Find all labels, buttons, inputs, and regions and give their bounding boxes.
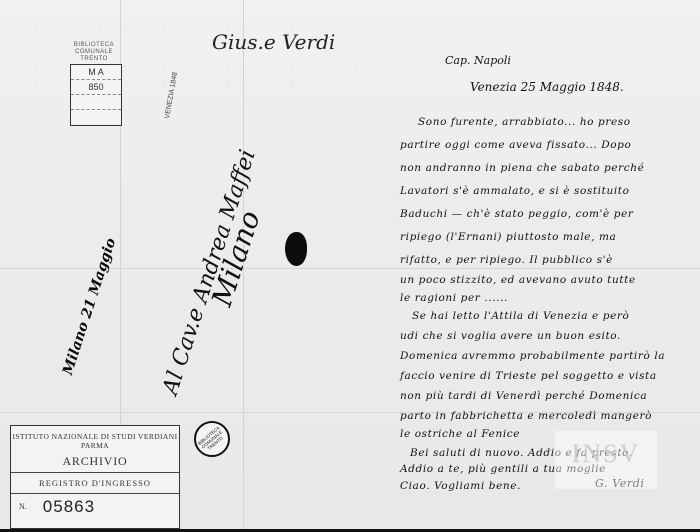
wax-seal-mark (285, 232, 307, 266)
watermark: INSV (555, 431, 657, 489)
letter-line: parto in fabbrichetta e mercoledì manger… (400, 410, 652, 422)
letter-line: non andranno in piena che sabato perché (400, 162, 644, 174)
library-name-line: COMUNALE (66, 49, 122, 56)
shelfmark-row: 850 (71, 80, 121, 95)
letter-line: Baduchi — ch'è stato peggio, com'è per (400, 208, 634, 220)
shelfmark-row: M A (71, 65, 121, 80)
stamp-section: ARCHIVIO (11, 454, 179, 473)
institute-name: ISTITUTO NAZIONALE DI STUDI VERDIANI (11, 432, 179, 441)
archive-stamp: ISTITUTO NAZIONALE DI STUDI VERDIANI PAR… (10, 425, 180, 529)
letter-line: Ciao. Vogliami bene. (400, 480, 521, 492)
letter-line: Domenica avremmo probabilmente partirò l… (400, 350, 665, 362)
letter-date: Venezia 25 Maggio 1848. (470, 80, 624, 94)
library-label-header: BIBLIOTECA COMUNALE TRENTO (66, 42, 122, 63)
stamp-number-row: N. 05863 (11, 494, 179, 520)
shelfmark-box: M A 850 (70, 64, 122, 126)
letter-line: Lavatori s'è ammalato, e si è sostituito (400, 185, 630, 197)
letter-line: un poco stizzito, ed avevano avuto tutte (400, 274, 636, 286)
letter-line: faccio venire di Trieste pel soggetto e … (400, 370, 657, 382)
round-stamp-text: BIBLIOTECA COMUNALE TRENTO (195, 423, 229, 455)
letter-line: Sono furente, arrabbiato... ho preso (418, 116, 631, 128)
number-label: N. (19, 502, 27, 511)
letter-line: udi che si voglia avere un buon esito. (400, 330, 621, 342)
registry-number: 05863 (43, 497, 95, 516)
institute-city: PARMA (11, 441, 179, 450)
shelfmark-row (71, 95, 121, 110)
library-name-line: BIBLIOTECA (66, 42, 122, 49)
letter-line: ripiego (l'Ernani) piuttosto male, ma (400, 231, 616, 243)
letter-scan: . . . . . . . . . . . . . . . . . . . . … (0, 0, 700, 530)
library-round-stamp: BIBLIOTECA COMUNALE TRENTO (194, 421, 230, 457)
stamp-institute: ISTITUTO NAZIONALE DI STUDI VERDIANI PAR… (11, 432, 179, 450)
letter-line: le ostriche al Fenice (400, 428, 520, 440)
letter-line: rifatto, e per ripiego. Il pubblico s'è (400, 254, 613, 266)
library-name-line: TRENTO (66, 56, 122, 63)
letter-line: non più tardi di Venerdì perché Domenica (400, 390, 647, 402)
shelfmark-row (71, 110, 121, 124)
letter-line: partire oggi come aveva fissato... Dopo (400, 139, 631, 151)
letter-line: Se hai letto l'Attila di Venezia e però (412, 310, 629, 322)
margin-note: Milano 21 Maggio (60, 236, 119, 377)
place-annotation: Cap. Napoli (445, 54, 511, 67)
stamp-register: REGISTRO D'INGRESSO (11, 473, 179, 494)
letter-line: le ragioni per ...... (400, 292, 508, 304)
sender-annotation: Gius.e Verdi (212, 30, 335, 54)
